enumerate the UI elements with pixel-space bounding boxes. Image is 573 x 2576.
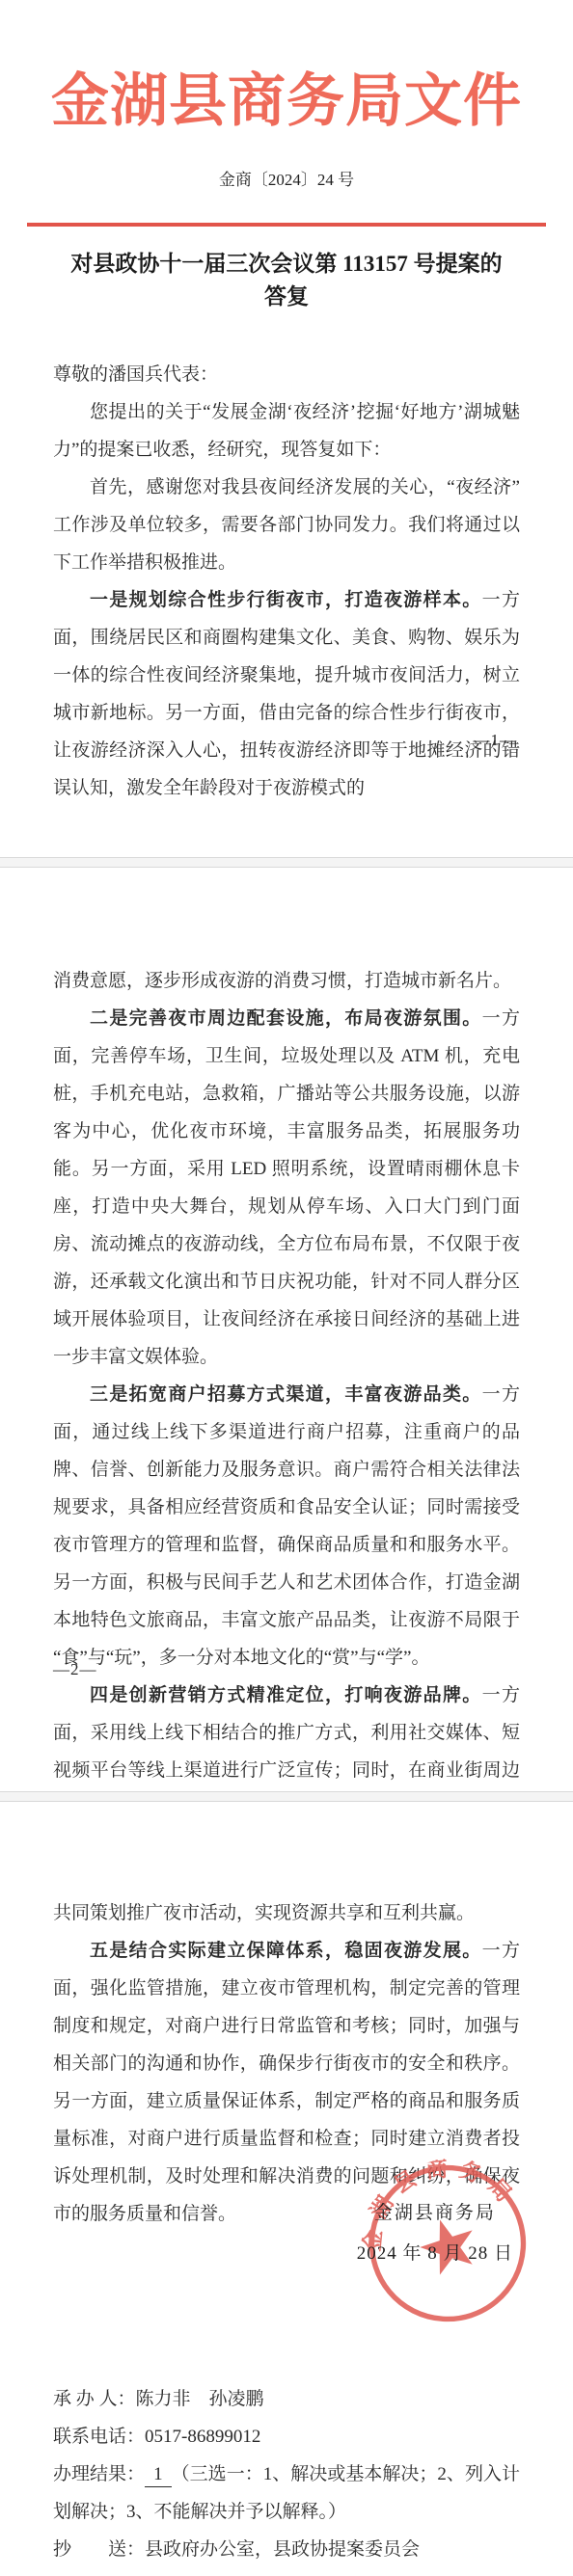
paragraph-text: 一方面，围绕居民区和商圈构建集文化、美食、购物、娱乐为一体的综合性夜间经济聚集地…	[53, 590, 520, 798]
result-value: 1	[145, 2463, 172, 2487]
paragraph-lead: 一是规划综合性步行街夜市，打造夜游样本。	[90, 590, 482, 610]
page-number-2: —2—	[53, 1660, 97, 1679]
paragraph: 首先，感谢您对我县夜间经济发展的关心，“夜经济”工作涉及单位较多，需要各部门协同…	[53, 469, 520, 581]
result-line: 办理结果：1（三选一：1、解决或基本解决；2、列入计划解决；3、不能解决并予以解…	[53, 2455, 520, 2531]
paragraph: 三是拓宽商户招募方式渠道，丰富夜游品类。一方面，通过线上线下多渠道进行商户招募，…	[53, 1376, 520, 1677]
paragraph-continuation: 消费意愿，逐步形成夜游的消费习惯，打造城市新名片。	[53, 962, 520, 1000]
page-gap	[0, 857, 573, 868]
paragraph-text: 您提出的关于“发展金湖‘夜经济’挖掘‘好地方’湖城魅力”的提案已收悉，经研究，现…	[53, 402, 520, 460]
phone-line: 联系电话：0517-86899012	[53, 2418, 520, 2455]
undertaker-line: 承 办 人：陈力非 孙凌鹏	[53, 2380, 520, 2418]
official-document: 金湖县商务局文件 金商〔2024〕24 号 对县政协十一届三次会议第 11315…	[0, 0, 573, 2576]
cc-recipients: 县政府办公室，县政协提案委员会	[145, 2539, 420, 2560]
signature-agency: 金湖县商务局	[357, 2201, 513, 2226]
red-separator-rule	[27, 223, 546, 227]
paragraph-text: 共同策划推广夜市活动，实现资源共享和互利共赢。	[53, 1903, 475, 1923]
phone-number: 0517-86899012	[145, 2427, 260, 2447]
doc-number: 金商〔2024〕24 号	[0, 166, 573, 190]
paragraph-text: 首先，感谢您对我县夜间经济发展的关心，“夜经济”工作涉及单位较多，需要各部门协同…	[53, 477, 520, 573]
page-2: 消费意愿，逐步形成夜游的消费习惯，打造城市新名片。 二是完善夜市周边配套设施，布…	[0, 868, 573, 1791]
undertaker-names: 陈力非 孙凌鹏	[136, 2389, 264, 2409]
paragraph: 二是完善夜市周边配套设施，布局夜游氛围。一方面，完善停车场，卫生间，垃圾处理以及…	[53, 1000, 520, 1376]
footer-info: 承 办 人：陈力非 孙凌鹏 联系电话：0517-86899012 办理结果：1（…	[53, 2380, 520, 2568]
salutation: 尊敬的潘国兵代表：	[53, 356, 520, 393]
paragraph-text: 一方面，通过线上线下多渠道进行商户招募，注重商户的品牌、信誉、创新能力及服务意识…	[53, 1384, 520, 1668]
paragraph-lead: 三是拓宽商户招募方式渠道，丰富夜游品类。	[90, 1384, 482, 1405]
letterhead-agency-title: 金湖县商务局文件	[0, 69, 573, 133]
paragraph-continuation: 共同策划推广夜市活动，实现资源共享和互利共赢。	[53, 1894, 520, 1932]
signature-date: 2024 年 8 月 28 日	[357, 2241, 513, 2267]
page-number-1: —1—	[474, 731, 518, 750]
page-gap	[0, 1791, 573, 1802]
signature-block: 金湖县商务局 2024 年 8 月 28 日	[357, 2201, 513, 2267]
paragraph: 您提出的关于“发展金湖‘夜经济’挖掘‘好地方’湖城魅力”的提案已收悉，经研究，现…	[53, 393, 520, 469]
paragraph-lead: 五是结合实际建立保障体系，稳固夜游发展。	[90, 1941, 482, 1961]
undertaker-label: 承 办 人：	[53, 2389, 136, 2409]
paragraph-text: 消费意愿，逐步形成夜游的消费习惯，打造城市新名片。	[53, 971, 511, 991]
paragraph: 四是创新营销方式精准定位，打响夜游品牌。一方面，采用线上线下相结合的推广方式，利…	[53, 1677, 520, 1791]
salutation-text: 尊敬的潘国兵代表：	[53, 364, 218, 385]
result-label: 办理结果：	[53, 2464, 145, 2484]
paragraph-lead: 二是完善夜市周边配套设施，布局夜游氛围。	[90, 1008, 482, 1029]
paragraph-lead: 四是创新营销方式精准定位，打响夜游品牌。	[90, 1685, 482, 1705]
page-3: 共同策划推广夜市活动，实现资源共享和互利共赢。 五是结合实际建立保障体系，稳固夜…	[0, 1802, 573, 2576]
paragraph-text: 一方面，完善停车场，卫生间，垃圾处理以及 ATM 机，充电桩，手机充电站，急救箱…	[53, 1008, 520, 1367]
document-title: 对县政协十一届三次会议第 113157 号提案的答复	[68, 248, 505, 313]
cc-label: 抄 送：	[53, 2539, 145, 2560]
cc-line: 抄 送：县政府办公室，县政协提案委员会	[53, 2531, 520, 2568]
page-1: 金湖县商务局文件 金商〔2024〕24 号 对县政协十一届三次会议第 11315…	[0, 0, 573, 857]
paragraph: 一是规划综合性步行街夜市，打造夜游样本。一方面，围绕居民区和商圈构建集文化、美食…	[53, 581, 520, 807]
phone-label: 联系电话：	[53, 2427, 145, 2447]
